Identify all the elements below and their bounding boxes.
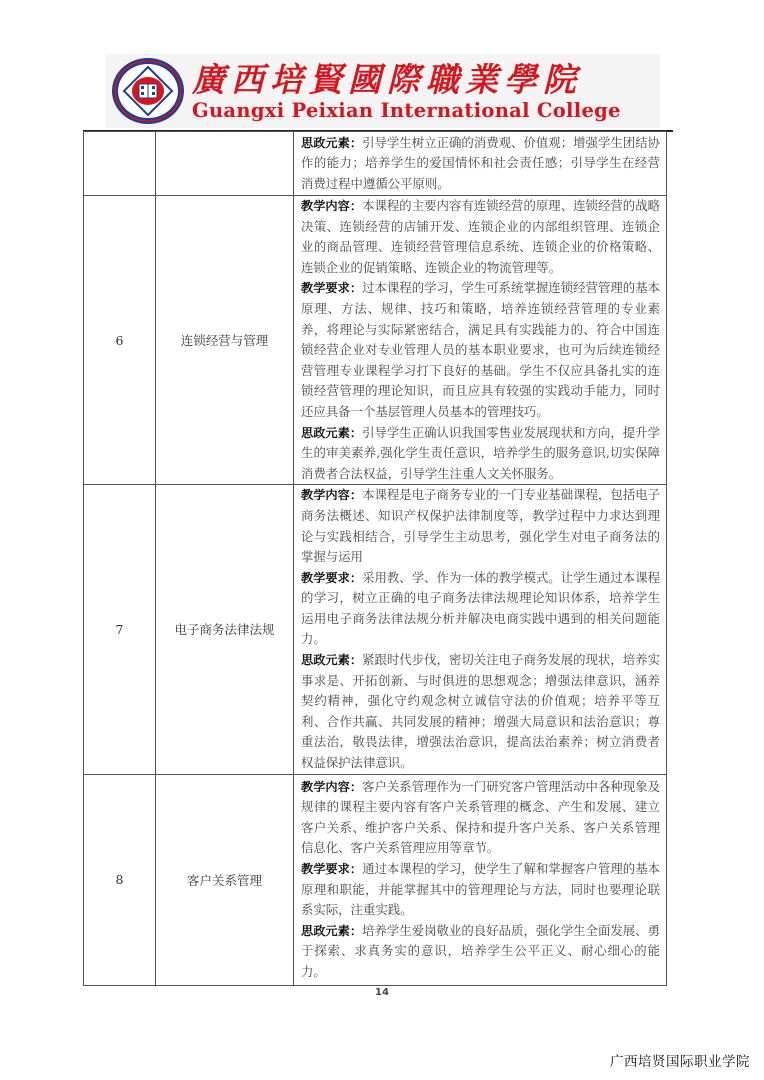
course-content: 教学内容：本课程是电子商务专业的一门专业基础课程，包括电子商务法概述、知识产权保… — [294, 485, 667, 774]
course-number: 7 — [84, 485, 156, 774]
teaching-content: 教学内容：本课程是电子商务专业的一门专业基础课程，包括电子商务法概述、知识产权保… — [294, 485, 666, 567]
course-name: 客户关系管理 — [156, 774, 294, 985]
course-content: 教学内容：本课程的主要内容有连锁经营的原理、连锁经营的战略决策、连锁经营的店铺开… — [294, 196, 667, 485]
course-content: 思政元素：引导学生树立正确的消费观、价值观；增强学生团结协作的能力；培养学生的爱… — [294, 132, 667, 196]
paragraph-label: 思政元素： — [301, 924, 362, 938]
page-number: 14 — [375, 987, 389, 998]
table-row: 6 连锁经营与管理 教学内容：本课程的主要内容有连锁经营的原理、连锁经营的战略决… — [84, 196, 667, 485]
paragraph-label: 思政元素： — [301, 426, 362, 440]
course-number: 6 — [84, 196, 156, 485]
teaching-content: 教学内容：客户关系管理作为一门研究客户管理活动中各种现象及规律的课程主要内容有客… — [294, 777, 666, 859]
course-name: 连锁经营与管理 — [156, 196, 294, 485]
paragraph-label: 思政元素： — [301, 653, 362, 667]
paragraph-label: 思政元素： — [301, 136, 362, 150]
table-row: 7 电子商务法律法规 教学内容：本课程是电子商务专业的一门专业基础课程，包括电子… — [84, 485, 667, 774]
ideology-element: 思政元素：紧跟时代步伐，密切关注电子商务发展的现状，培养实事求是、开拓创新、与时… — [294, 650, 666, 774]
paragraph-text: 过本课程的学习，学生可系统掌握连锁经营管理的基本原理、方法、规律、技巧和策略，培… — [301, 280, 660, 419]
table-row: 思政元素：引导学生树立正确的消费观、价值观；增强学生团结协作的能力；培养学生的爱… — [84, 132, 667, 196]
school-name-cn: 廣西培賢國際職業學院 — [192, 60, 582, 100]
paragraph-label: 教学内容： — [301, 488, 362, 502]
table-row: 8 客户关系管理 教学内容：客户关系管理作为一门研究客户管理活动中各种现象及规律… — [84, 774, 667, 985]
ideology-element: 思政元素：引导学生正确认识我国零售业发展现状和方向，提升学生的审美素养,强化学生… — [294, 423, 666, 485]
school-name-en: Guangxi Peixian International College — [192, 99, 621, 123]
paragraph-label: 教学内容： — [301, 780, 362, 794]
teaching-requirements: 教学要求：通过本课程的学习，使学生了解和掌握客户管理的基本原理和职能，并能掌握其… — [294, 859, 666, 921]
course-table: 思政元素：引导学生树立正确的消费观、价值观；增强学生团结协作的能力；培养学生的爱… — [83, 131, 667, 986]
course-number: 8 — [84, 774, 156, 985]
paragraph-label: 教学要求： — [301, 862, 362, 876]
teaching-requirements: 教学要求：采用教、学、作为一体的教学模式。让学生通过本课程的学习，树立正确的电子… — [294, 568, 666, 650]
paragraph-label: 教学要求： — [301, 571, 362, 585]
course-number — [84, 132, 156, 196]
course-name — [156, 132, 294, 196]
paragraph-label: 教学要求： — [301, 281, 362, 295]
course-name: 电子商务法律法规 — [156, 485, 294, 774]
ideology-element: 思政元素：培养学生爱岗敬业的良好品质，强化学生全面发展、勇于探索、求真务实的意识… — [294, 921, 666, 983]
course-content: 教学内容：客户关系管理作为一门研究客户管理活动中各种现象及规律的课程主要内容有客… — [294, 774, 667, 985]
ideology-element: 思政元素：引导学生树立正确的消费观、价值观；增强学生团结协作的能力；培养学生的爱… — [294, 133, 666, 195]
college-emblem-icon — [110, 56, 186, 126]
teaching-content: 教学内容：本课程的主要内容有连锁经营的原理、连锁经营的战略决策、连锁经营的店铺开… — [294, 196, 666, 278]
teaching-requirements: 教学要求：过本课程的学习，学生可系统掌握连锁经营管理的基本原理、方法、规律、技巧… — [294, 278, 666, 422]
paragraph-text: 紧跟时代步伐，密切关注电子商务发展的现状，培养实事求是、开拓创新、与时俱进的思想… — [301, 652, 660, 770]
paragraph-label: 教学内容： — [301, 199, 362, 213]
footer-school-name: 广西培贤国际职业学院 — [610, 1050, 750, 1070]
